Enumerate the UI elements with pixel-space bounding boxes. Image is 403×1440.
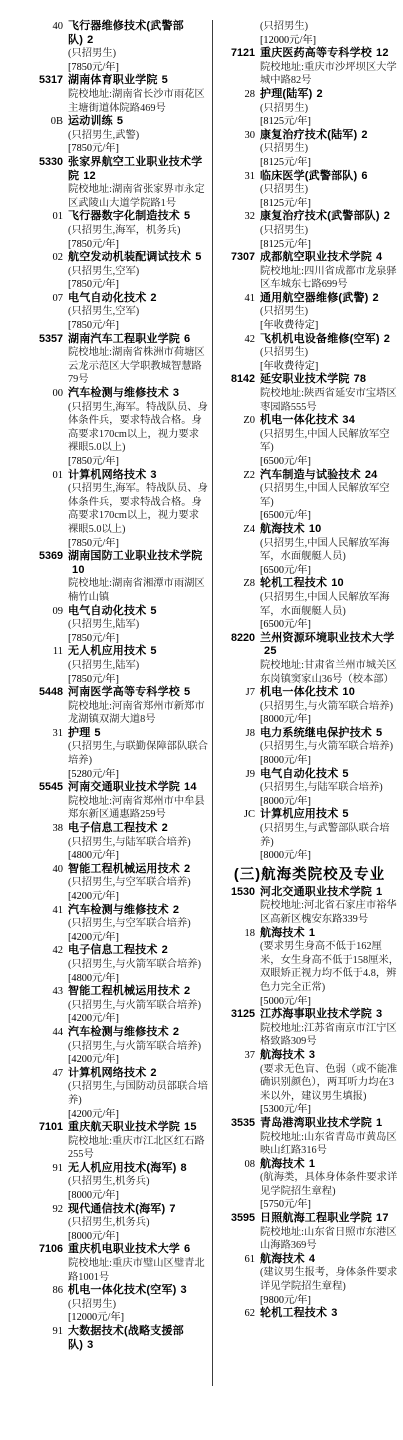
college-name: 成都航空职业技术学院 [260, 251, 372, 263]
fee-line: [9800元/年] [260, 1294, 401, 1308]
entry-body: 重庆机电职业技术大学6院校地址:重庆市璧山区璧青北路1001号 [68, 1243, 209, 1284]
quota-count: 5 [150, 645, 156, 657]
major-entry: 40飞行器维修技术(武警部队)2(只招男生)[7850元/年] [26, 20, 209, 74]
college-entry: 3535青岛港湾职业技术学院1院校地址:山东省青岛市黄岛区映山红路316号 [218, 1117, 401, 1158]
entry-body: 机电一体化技术(空军)3(只招男生)[12000元/年] [68, 1284, 209, 1325]
quota-count: 6 [184, 333, 190, 345]
college-name: 青岛港湾职业技术学院 [260, 1117, 372, 1129]
quota-count: 5 [376, 727, 382, 739]
address-line: 院校地址:湖南省长沙市雨花区主塘街道体院路469号 [68, 88, 209, 115]
entry-title: 电气自动化技术5 [260, 768, 401, 782]
major-name: 电子信息工程技术 [68, 822, 158, 834]
entry-title: 通用航空器维修(武警)2 [260, 292, 401, 306]
entry-body: 湖南国防工业职业技术学院10院校地址:湖南省湘潭市雨湖区楠竹山镇 [68, 550, 209, 604]
major-code: 31 [26, 727, 63, 781]
college-entry: 7101重庆航天职业技术学院15院校地址:重庆市江北区红石路255号 [26, 1121, 209, 1162]
college-code: 7106 [26, 1243, 63, 1284]
entry-title: 航空发动机装配调试技术5 [68, 251, 209, 265]
entry-body: 运动训练5(只招男生,武警)[7850元/年] [68, 115, 209, 156]
fee-line: [8125元/年] [260, 238, 401, 252]
entry-title: 河北交通职业技术学院1 [260, 886, 401, 900]
fee-line: [7850元/年] [68, 238, 209, 252]
major-name: 飞机机电设备维修(空军) [260, 333, 380, 345]
major-code: 30 [218, 129, 255, 170]
note-line: (只招男生,与火箭军联合培养) [260, 700, 401, 714]
fee-line: [4200元/年] [68, 1012, 209, 1026]
entry-title: 大数据技术(战略支援部队)3 [68, 1325, 209, 1352]
major-name: 计算机网络技术 [68, 1067, 146, 1079]
major-entry: 28护理(陆军)2(只招男生)[8125元/年] [218, 88, 401, 129]
fee-line: [8000元/年] [260, 754, 401, 768]
major-code: 41 [218, 292, 255, 333]
quota-count: 1 [376, 886, 382, 898]
quota-count: 25 [264, 645, 277, 657]
quota-count: 5 [184, 210, 190, 222]
major-code: 91 [26, 1325, 63, 1352]
note-line: (只招男生,与空军联合培养) [68, 876, 209, 890]
entry-body: 电力系统继电保护技术5(只招男生,与火箭军联合培养)[8000元/年] [260, 727, 401, 768]
college-entry: 3595日照航海工程职业学院17院校地址:山东省日照市东港区山海路369号 [218, 1212, 401, 1253]
fee-line: [12000元/年] [68, 1311, 209, 1325]
entry-title: 运动训练5 [68, 115, 209, 129]
college-name: 重庆机电职业技术大学 [68, 1243, 180, 1255]
entry-body: 河北交通职业技术学院1院校地址:河北省石家庄市裕华区高新区槐安东路339号 [260, 886, 401, 927]
quota-count: 15 [184, 1121, 197, 1133]
fee-line: [8000元/年] [260, 795, 401, 809]
note-line: (只招男生,空军) [68, 305, 209, 319]
entry-body: 智能工程机械运用技术2(只招男生,与空军联合培养)[4200元/年] [68, 863, 209, 904]
note-line: (只招男生,与空军联合培养) [68, 917, 209, 931]
entry-title: 航海技术1 [260, 1158, 401, 1172]
note-line: (只招男生) [68, 47, 209, 61]
entry-title: 现代通信技术(海军)7 [68, 1203, 209, 1217]
entry-title: 护理5 [68, 727, 209, 741]
fee-line: [5000元/年] [260, 995, 401, 1009]
entry-title: 智能工程机械运用技术2 [68, 863, 209, 877]
major-code: 42 [218, 333, 255, 374]
major-code: Z0 [218, 414, 255, 468]
major-code: 11 [26, 645, 63, 686]
entry-title: 轮机工程技术10 [260, 577, 401, 591]
major-name: 航海技术 [260, 523, 305, 535]
quota-count: 2 [150, 1067, 156, 1079]
address-line: 院校地址:重庆市沙坪坝区大学城中路82号 [260, 61, 401, 88]
note-line: (只招男生) [260, 142, 401, 156]
entry-body: 航海技术1(航海类，具体身体条件要求详见学院招生章程)[5750元/年] [260, 1158, 401, 1212]
entry-title: 航海技术1 [260, 927, 401, 941]
quota-count: 2 [384, 210, 390, 222]
quota-count: 4 [376, 251, 382, 263]
major-entry: 40智能工程机械运用技术2(只招男生,与空军联合培养)[4200元/年] [26, 863, 209, 904]
entry-body: 电气自动化技术5(只招男生,陆军)[7850元/年] [68, 605, 209, 646]
entry-title: 电气自动化技术5 [68, 605, 209, 619]
major-name: 航海技术 [260, 1049, 305, 1061]
entry-title: 计算机应用技术5 [260, 808, 401, 822]
quota-count: 12 [376, 47, 389, 59]
college-entry: 7106重庆机电职业技术大学6院校地址:重庆市璧山区璧青北路1001号 [26, 1243, 209, 1284]
note-line: (只招男生,与陆军联合培养) [260, 781, 401, 795]
major-entry: J8电力系统继电保护技术5(只招男生,与火箭军联合培养)[8000元/年] [218, 727, 401, 768]
entry-title: 康复治疗技术(陆军)2 [260, 129, 401, 143]
entry-title: 康复治疗技术(武警部队)2 [260, 210, 401, 224]
quota-count: 2 [361, 129, 367, 141]
address-line: 院校地址:四川省成都市龙泉驿区车城东七路699号 [260, 265, 401, 292]
major-code: 38 [26, 822, 63, 863]
major-code: 44 [26, 1026, 63, 1067]
quota-count: 3 [181, 1284, 187, 1296]
quota-count: 8 [181, 1162, 187, 1174]
column-left: 40飞行器维修技术(武警部队)2(只招男生)[7850元/年]5317湖南体育职… [0, 20, 212, 1386]
address-line: 院校地址:江苏省南京市江宁区格致路309号 [260, 1022, 401, 1049]
entry-body: 计算机应用技术5(只招男生,与武警部队联合培养)[8000元/年] [260, 808, 401, 862]
major-code: 41 [26, 904, 63, 945]
entry-body: 电气自动化技术5(只招男生,与陆军联合培养)[8000元/年] [260, 768, 401, 809]
entry-body: 计算机网络技术2(只招男生,与国防动员部联合培养)[4200元/年] [68, 1067, 209, 1121]
major-name: 汽车检测与维修技术 [68, 1026, 169, 1038]
entry-title: 张家界航空工业职业技术学院12 [68, 156, 209, 183]
major-entry: J9电气自动化技术5(只招男生,与陆军联合培养)[8000元/年] [218, 768, 401, 809]
college-name: 湖南国防工业职业技术学院 [68, 550, 202, 562]
note-line: (只招男生,海军。特战队员、身体条件兵，要求特战合格。身高要求170cm以上，视… [68, 482, 209, 536]
entry-body: 机电一体化技术10(只招男生,与火箭军联合培养)[8000元/年] [260, 686, 401, 727]
major-name: 无人机应用技术 [68, 645, 146, 657]
major-code: Z8 [218, 577, 255, 631]
quota-count: 6 [361, 170, 367, 182]
entry-title: 延安职业技术学院78 [260, 373, 401, 387]
fee-line: [7850元/年] [68, 537, 209, 551]
major-code: 47 [26, 1067, 63, 1121]
note-line: (只招男生,中国人民解放军空军) [260, 482, 401, 509]
quota-count: 3 [331, 1307, 337, 1319]
major-entry: 09电气自动化技术5(只招男生,陆军)[7850元/年] [26, 605, 209, 646]
college-code: 7307 [218, 251, 255, 292]
entry-body: 汽车检测与维修技术2(只招男生,与空军联合培养)[4200元/年] [68, 904, 209, 945]
entry-body: 延安职业技术学院78院校地址:陕西省延安市宝塔区枣园路555号 [260, 373, 401, 414]
major-entry: 86机电一体化技术(空军)3(只招男生)[12000元/年] [26, 1284, 209, 1325]
college-name: 河南医学高等专科学校 [68, 686, 180, 698]
entry-title: 航海技术3 [260, 1049, 401, 1063]
note-line: (只招男生) [260, 224, 401, 238]
major-code: 18 [218, 927, 255, 1009]
note-line: (只招男生,中国人民解放军空军) [260, 428, 401, 455]
quota-count: 3 [376, 1008, 382, 1020]
major-code: 86 [26, 1284, 63, 1325]
note-line: (只招男生,陆军) [68, 618, 209, 632]
entry-body: (只招男生)[12000元/年] [260, 20, 401, 47]
note-line: (航海类，具体身体条件要求详见学院招生章程) [260, 1171, 401, 1198]
entry-body: 汽车制造与试验技术24(只招男生,中国人民解放军空军)[6500元/年] [260, 469, 401, 523]
entry-body: 重庆医药高等专科学校12院校地址:重庆市沙坪坝区大学城中路82号 [260, 47, 401, 88]
major-entry: 43智能工程机械运用技术2(只招男生,与火箭军联合培养)[4200元/年] [26, 985, 209, 1026]
fee-line: [4200元/年] [68, 890, 209, 904]
major-name: 通用航空器维修(武警) [260, 292, 369, 304]
note-line: (要求无色盲、色弱（或不能准确识别颜色），两耳听力均在3米以外，建议男生填报) [260, 1063, 401, 1104]
entry-body: 汽车检测与维修技术2(只招男生,与火箭军联合培养)[4200元/年] [68, 1026, 209, 1067]
major-entry: 18航海技术1(要求男生身高不低于162厘米，女生身高不低于158厘米，双眼矫正… [218, 927, 401, 1009]
quota-count: 5 [117, 115, 123, 127]
entry-title: 湖南汽车工程职业学院6 [68, 333, 209, 347]
fee-line: [6500元/年] [260, 455, 401, 469]
entry-title: 计算机网络技术2 [68, 1067, 209, 1081]
entry-title: 智能工程机械运用技术2 [68, 985, 209, 999]
quota-count: 1 [309, 927, 315, 939]
major-code: 92 [26, 1203, 63, 1244]
college-entry: 7307成都航空职业技术学院4院校地址:四川省成都市龙泉驿区车城东七路699号 [218, 251, 401, 292]
address-line: 院校地址:河南省郑州市中牟县郑东新区通惠路259号 [68, 795, 209, 822]
note-line: (只招男生,机务兵) [68, 1175, 209, 1189]
fee-line: [5280元/年] [68, 768, 209, 782]
major-name: 航空发动机装配调试技术 [68, 251, 191, 263]
college-code: 5317 [26, 74, 63, 115]
quota-count: 10 [342, 686, 355, 698]
major-name: 临床医学(武警部队) [260, 170, 357, 182]
entry-body: 张家界航空工业职业技术学院12院校地址:湖南省张家界市永定区武陵山大道学院路1号 [68, 156, 209, 210]
note-line: (只招男生,陆军) [68, 659, 209, 673]
major-entry: JC计算机应用技术5(只招男生,与武警部队联合培养)[8000元/年] [218, 808, 401, 862]
entry-body: 康复治疗技术(陆军)2(只招男生)[8125元/年] [260, 129, 401, 170]
college-entry: 8142延安职业技术学院78院校地址:陕西省延安市宝塔区枣园路555号 [218, 373, 401, 414]
major-entry: 32康复治疗技术(武警部队)2(只招男生)[8125元/年] [218, 210, 401, 251]
fee-line: [年收费待定] [260, 360, 401, 374]
major-entry: 01飞行器数字化制造技术5(只招男生,海军，机务兵)[7850元/年] [26, 210, 209, 251]
fee-line: [8125元/年] [260, 197, 401, 211]
major-entry: 11无人机应用技术5(只招男生,陆军)[7850元/年] [26, 645, 209, 686]
address-line: 院校地址:甘肃省兰州市城关区东岗镇窦家山36号（校本部） [260, 659, 401, 686]
quota-count: 3 [87, 1339, 93, 1351]
entry-body: 电子信息工程技术2(只招男生,与陆军联合培养)[4800元/年] [68, 822, 209, 863]
college-name: 湖南体育职业学院 [68, 74, 158, 86]
major-name: 智能工程机械运用技术 [68, 863, 180, 875]
fee-line: [5750元/年] [260, 1198, 401, 1212]
entry-title: 机电一体化技术10 [260, 686, 401, 700]
quota-count: 14 [184, 781, 197, 793]
major-name: 汽车检测与维修技术 [68, 904, 169, 916]
quota-count: 2 [317, 88, 323, 100]
quota-count: 2 [173, 904, 179, 916]
quota-count: 5 [94, 727, 100, 739]
major-code: Z2 [218, 469, 255, 523]
entry-body: 航海技术10(只招男生,中国人民解放军海军，水面舰艇人员)[6500元/年] [260, 523, 401, 577]
quota-count: 4 [309, 1253, 315, 1265]
major-name: 计算机应用技术 [260, 808, 338, 820]
entry-title: 电子信息工程技术2 [68, 944, 209, 958]
quota-count: 2 [384, 333, 390, 345]
note-line: (只招男生,与火箭军联合培养) [68, 958, 209, 972]
major-code: Z4 [218, 523, 255, 577]
entry-body: 通用航空器维修(武警)2(只招男生)[年收费待定] [260, 292, 401, 333]
college-entry: 7121重庆医药高等专科学校12院校地址:重庆市沙坪坝区大学城中路82号 [218, 47, 401, 88]
entry-body: 飞机机电设备维修(空军)2(只招男生)[年收费待定] [260, 333, 401, 374]
quota-count: 2 [184, 985, 190, 997]
major-entry: Z2汽车制造与试验技术24(只招男生,中国人民解放军空军)[6500元/年] [218, 469, 401, 523]
major-code: 42 [26, 944, 63, 985]
note-line: (只招男生,中国人民解放军海军，水面舰艇人员) [260, 537, 401, 564]
fee-line: [年收费待定] [260, 319, 401, 333]
note-line: (只招男生,空军) [68, 265, 209, 279]
entry-body: 电子信息工程技术2(只招男生,与火箭军联合培养)[4800元/年] [68, 944, 209, 985]
quota-count: 5 [195, 251, 201, 263]
entry-title: 轮机工程技术3 [260, 1307, 401, 1321]
college-code: 8220 [218, 632, 255, 686]
address-line: 院校地址:重庆市江北区红石路255号 [68, 1135, 209, 1162]
fee-line: [8000元/年] [68, 1189, 209, 1203]
entry-body: 河南医学高等专科学校5院校地址:河南省郑州市新郑市龙湖镇双湖大道8号 [68, 686, 209, 727]
college-entry: 5330张家界航空工业职业技术学院12院校地址:湖南省张家界市永定区武陵山大道学… [26, 156, 209, 210]
entry-title: 汽车检测与维修技术2 [68, 1026, 209, 1040]
quota-count: 3 [309, 1049, 315, 1061]
entry-title: 飞行器维修技术(武警部队)2 [68, 20, 209, 47]
entry-body: 计算机网络技术3(只招男生,海军。特战队员、身体条件兵，要求特战合格。身高要求1… [68, 469, 209, 551]
college-code: 7101 [26, 1121, 63, 1162]
college-name: 河南交通职业技术学院 [68, 781, 180, 793]
note-line: (只招男生,海军。特战队员、身体条件兵，要求特战合格。身高要求170cm以上，视… [68, 401, 209, 455]
college-entry: 3125江苏海事职业技术学院3院校地址:江苏省南京市江宁区格致路309号 [218, 1008, 401, 1049]
entry-body: 飞行器维修技术(武警部队)2(只招男生)[7850元/年] [68, 20, 209, 74]
address-line: 院校地址:山东省青岛市黄岛区映山红路316号 [260, 1131, 401, 1158]
address-line: 院校地址:陕西省延安市宝塔区枣园路555号 [260, 387, 401, 414]
entry-title: 无人机应用技术5 [68, 645, 209, 659]
address-line: 院校地址:山东省日照市东港区山海路369号 [260, 1226, 401, 1253]
note-line: (只招男生,武警) [68, 129, 209, 143]
entry-body: 成都航空职业技术学院4院校地址:四川省成都市龙泉驿区车城东七路699号 [260, 251, 401, 292]
quota-count: 2 [150, 292, 156, 304]
quota-count: 12 [83, 170, 96, 182]
entry-body: 无人机应用技术(海军)8(只招男生,机务兵)[8000元/年] [68, 1162, 209, 1203]
major-name: 航海技术 [260, 1158, 305, 1170]
entry-title: 日照航海工程职业学院17 [260, 1212, 401, 1226]
address-line: 院校地址:湖南省湘潭市雨湖区楠竹山镇 [68, 577, 209, 604]
entry-body: 航海技术1(要求男生身高不低于162厘米，女生身高不低于158厘米，双眼矫正视力… [260, 927, 401, 1009]
major-entry: 91无人机应用技术(海军)8(只招男生,机务兵)[8000元/年] [26, 1162, 209, 1203]
college-code: 5369 [26, 550, 63, 604]
entry-title: 航海技术4 [260, 1253, 401, 1267]
major-code: 62 [218, 1307, 255, 1321]
college-name: 延安职业技术学院 [260, 373, 350, 385]
major-code: 07 [26, 292, 63, 333]
college-name: 江苏海事职业技术学院 [260, 1008, 372, 1020]
major-code: 40 [26, 20, 63, 74]
entry-title: 重庆机电职业技术大学6 [68, 1243, 209, 1257]
college-name: 河北交通职业技术学院 [260, 886, 372, 898]
major-code: JC [218, 808, 255, 862]
major-code: 91 [26, 1162, 63, 1203]
note-line: (只招男生,海军，机务兵) [68, 224, 209, 238]
college-name: 湖南汽车工程职业学院 [68, 333, 180, 345]
major-code: 09 [26, 605, 63, 646]
major-entry: 62轮机工程技术3 [218, 1307, 401, 1321]
entry-body: 轮机工程技术10(只招男生,中国人民解放军海军，水面舰艇人员)[6500元/年] [260, 577, 401, 631]
major-name: 轮机工程技术 [260, 1307, 327, 1319]
note-line: (只招男生) [260, 346, 401, 360]
major-code: 28 [218, 88, 255, 129]
entry-body: 航空发动机装配调试技术5(只招男生,空军)[7850元/年] [68, 251, 209, 292]
entry-title: 机电一体化技术(空军)3 [68, 1284, 209, 1298]
entry-title: 机电一体化技术34 [260, 414, 401, 428]
entry-body: 轮机工程技术3 [260, 1307, 401, 1321]
fee-line: [7850元/年] [68, 278, 209, 292]
quota-count: 3 [173, 387, 179, 399]
note-line: (只招男生,与火箭军联合培养) [68, 999, 209, 1013]
major-name: 飞行器数字化制造技术 [68, 210, 180, 222]
entry-body: 机电一体化技术34(只招男生,中国人民解放军空军)[6500元/年] [260, 414, 401, 468]
fee-line: [8000元/年] [68, 1230, 209, 1244]
college-name: 重庆航天职业技术学院 [68, 1121, 180, 1133]
major-name: 电气自动化技术 [68, 605, 146, 617]
entry-body: 湖南体育职业学院5院校地址:湖南省长沙市雨花区主塘街道体院路469号 [68, 74, 209, 115]
entry-body: 临床医学(武警部队)6(只招男生)[8125元/年] [260, 170, 401, 211]
note-line: (要求男生身高不低于162厘米，女生身高不低于158厘米，双眼矫正视力均不低于4… [260, 940, 401, 994]
entry-title: 湖南国防工业职业技术学院10 [68, 550, 209, 577]
major-name: 康复治疗技术(武警部队) [260, 210, 380, 222]
entry-body: 航海技术3(要求无色盲、色弱（或不能准确识别颜色），两耳听力均在3米以外，建议男… [260, 1049, 401, 1117]
quota-count: 3 [150, 469, 156, 481]
major-entry: 00汽车检测与维修技术3(只招男生,海军。特战队员、身体条件兵，要求特战合格。身… [26, 387, 209, 469]
quota-count: 2 [184, 863, 190, 875]
college-name: 日照航海工程职业学院 [260, 1212, 372, 1224]
major-code: 32 [218, 210, 255, 251]
quota-count: 2 [162, 944, 168, 956]
major-code: J8 [218, 727, 255, 768]
quota-count: 2 [373, 292, 379, 304]
entry-body: 兰州资源环境职业技术大学25院校地址:甘肃省兰州市城关区东岗镇窦家山36号（校本… [260, 632, 401, 686]
entry-title: 河南医学高等专科学校5 [68, 686, 209, 700]
entry-title: 汽车检测与维修技术3 [68, 387, 209, 401]
major-entry: 01计算机网络技术3(只招男生,海军。特战队员、身体条件兵，要求特战合格。身高要… [26, 469, 209, 551]
entry-body: 大数据技术(战略支援部队)3 [68, 1325, 209, 1352]
major-name: 机电一体化技术 [260, 414, 338, 426]
major-entry: 47计算机网络技术2(只招男生,与国防动员部联合培养)[4200元/年] [26, 1067, 209, 1121]
fee-line: [6500元/年] [260, 509, 401, 523]
major-name: 现代通信技术(海军) [68, 1203, 165, 1215]
entry-body: 电气自动化技术2(只招男生,空军)[7850元/年] [68, 292, 209, 333]
entry-title: 计算机网络技术3 [68, 469, 209, 483]
major-code: 40 [26, 863, 63, 904]
entry-title: 电气自动化技术2 [68, 292, 209, 306]
quota-count: 5 [342, 808, 348, 820]
entry-body: 河南交通职业技术学院14院校地址:河南省郑州市中牟县郑东新区通惠路259号 [68, 781, 209, 822]
major-name: 护理(陆军) [260, 88, 313, 100]
major-name: 航海技术 [260, 1253, 305, 1265]
fee-line: [4200元/年] [68, 1053, 209, 1067]
major-name: 电子信息工程技术 [68, 944, 158, 956]
college-code: 3125 [218, 1008, 255, 1049]
entry-title: 河南交通职业技术学院14 [68, 781, 209, 795]
major-name: 汽车检测与维修技术 [68, 387, 169, 399]
entry-title: 电子信息工程技术2 [68, 822, 209, 836]
admissions-listing-page: 40飞行器维修技术(武警部队)2(只招男生)[7850元/年]5317湖南体育职… [0, 0, 403, 1386]
quota-count: 78 [354, 373, 367, 385]
college-name: 重庆医药高等专科学校 [260, 47, 372, 59]
college-code: 5357 [26, 333, 63, 387]
major-entry: 30康复治疗技术(陆军)2(只招男生)[8125元/年] [218, 129, 401, 170]
college-code: 3535 [218, 1117, 255, 1158]
entry-body: 日照航海工程职业学院17院校地址:山东省日照市东港区山海路369号 [260, 1212, 401, 1253]
college-code: 5330 [26, 156, 63, 210]
fee-line: [5300元/年] [260, 1103, 401, 1117]
quota-count: 34 [342, 414, 355, 426]
quota-count: 1 [309, 1158, 315, 1170]
fee-line: [7850元/年] [68, 319, 209, 333]
major-entry: 92现代通信技术(海军)7(只招男生,机务兵)[8000元/年] [26, 1203, 209, 1244]
quota-count: 2 [87, 34, 93, 46]
entry-title: 航海技术10 [260, 523, 401, 537]
note-line: (只招男生) [260, 102, 401, 116]
major-entry: 44汽车检测与维修技术2(只招男生,与火箭军联合培养)[4200元/年] [26, 1026, 209, 1067]
college-code: 7121 [218, 47, 255, 88]
major-code: J7 [218, 686, 255, 727]
major-entry: Z8轮机工程技术10(只招男生,中国人民解放军海军，水面舰艇人员)[6500元/… [218, 577, 401, 631]
major-name: 机电一体化技术 [260, 686, 338, 698]
